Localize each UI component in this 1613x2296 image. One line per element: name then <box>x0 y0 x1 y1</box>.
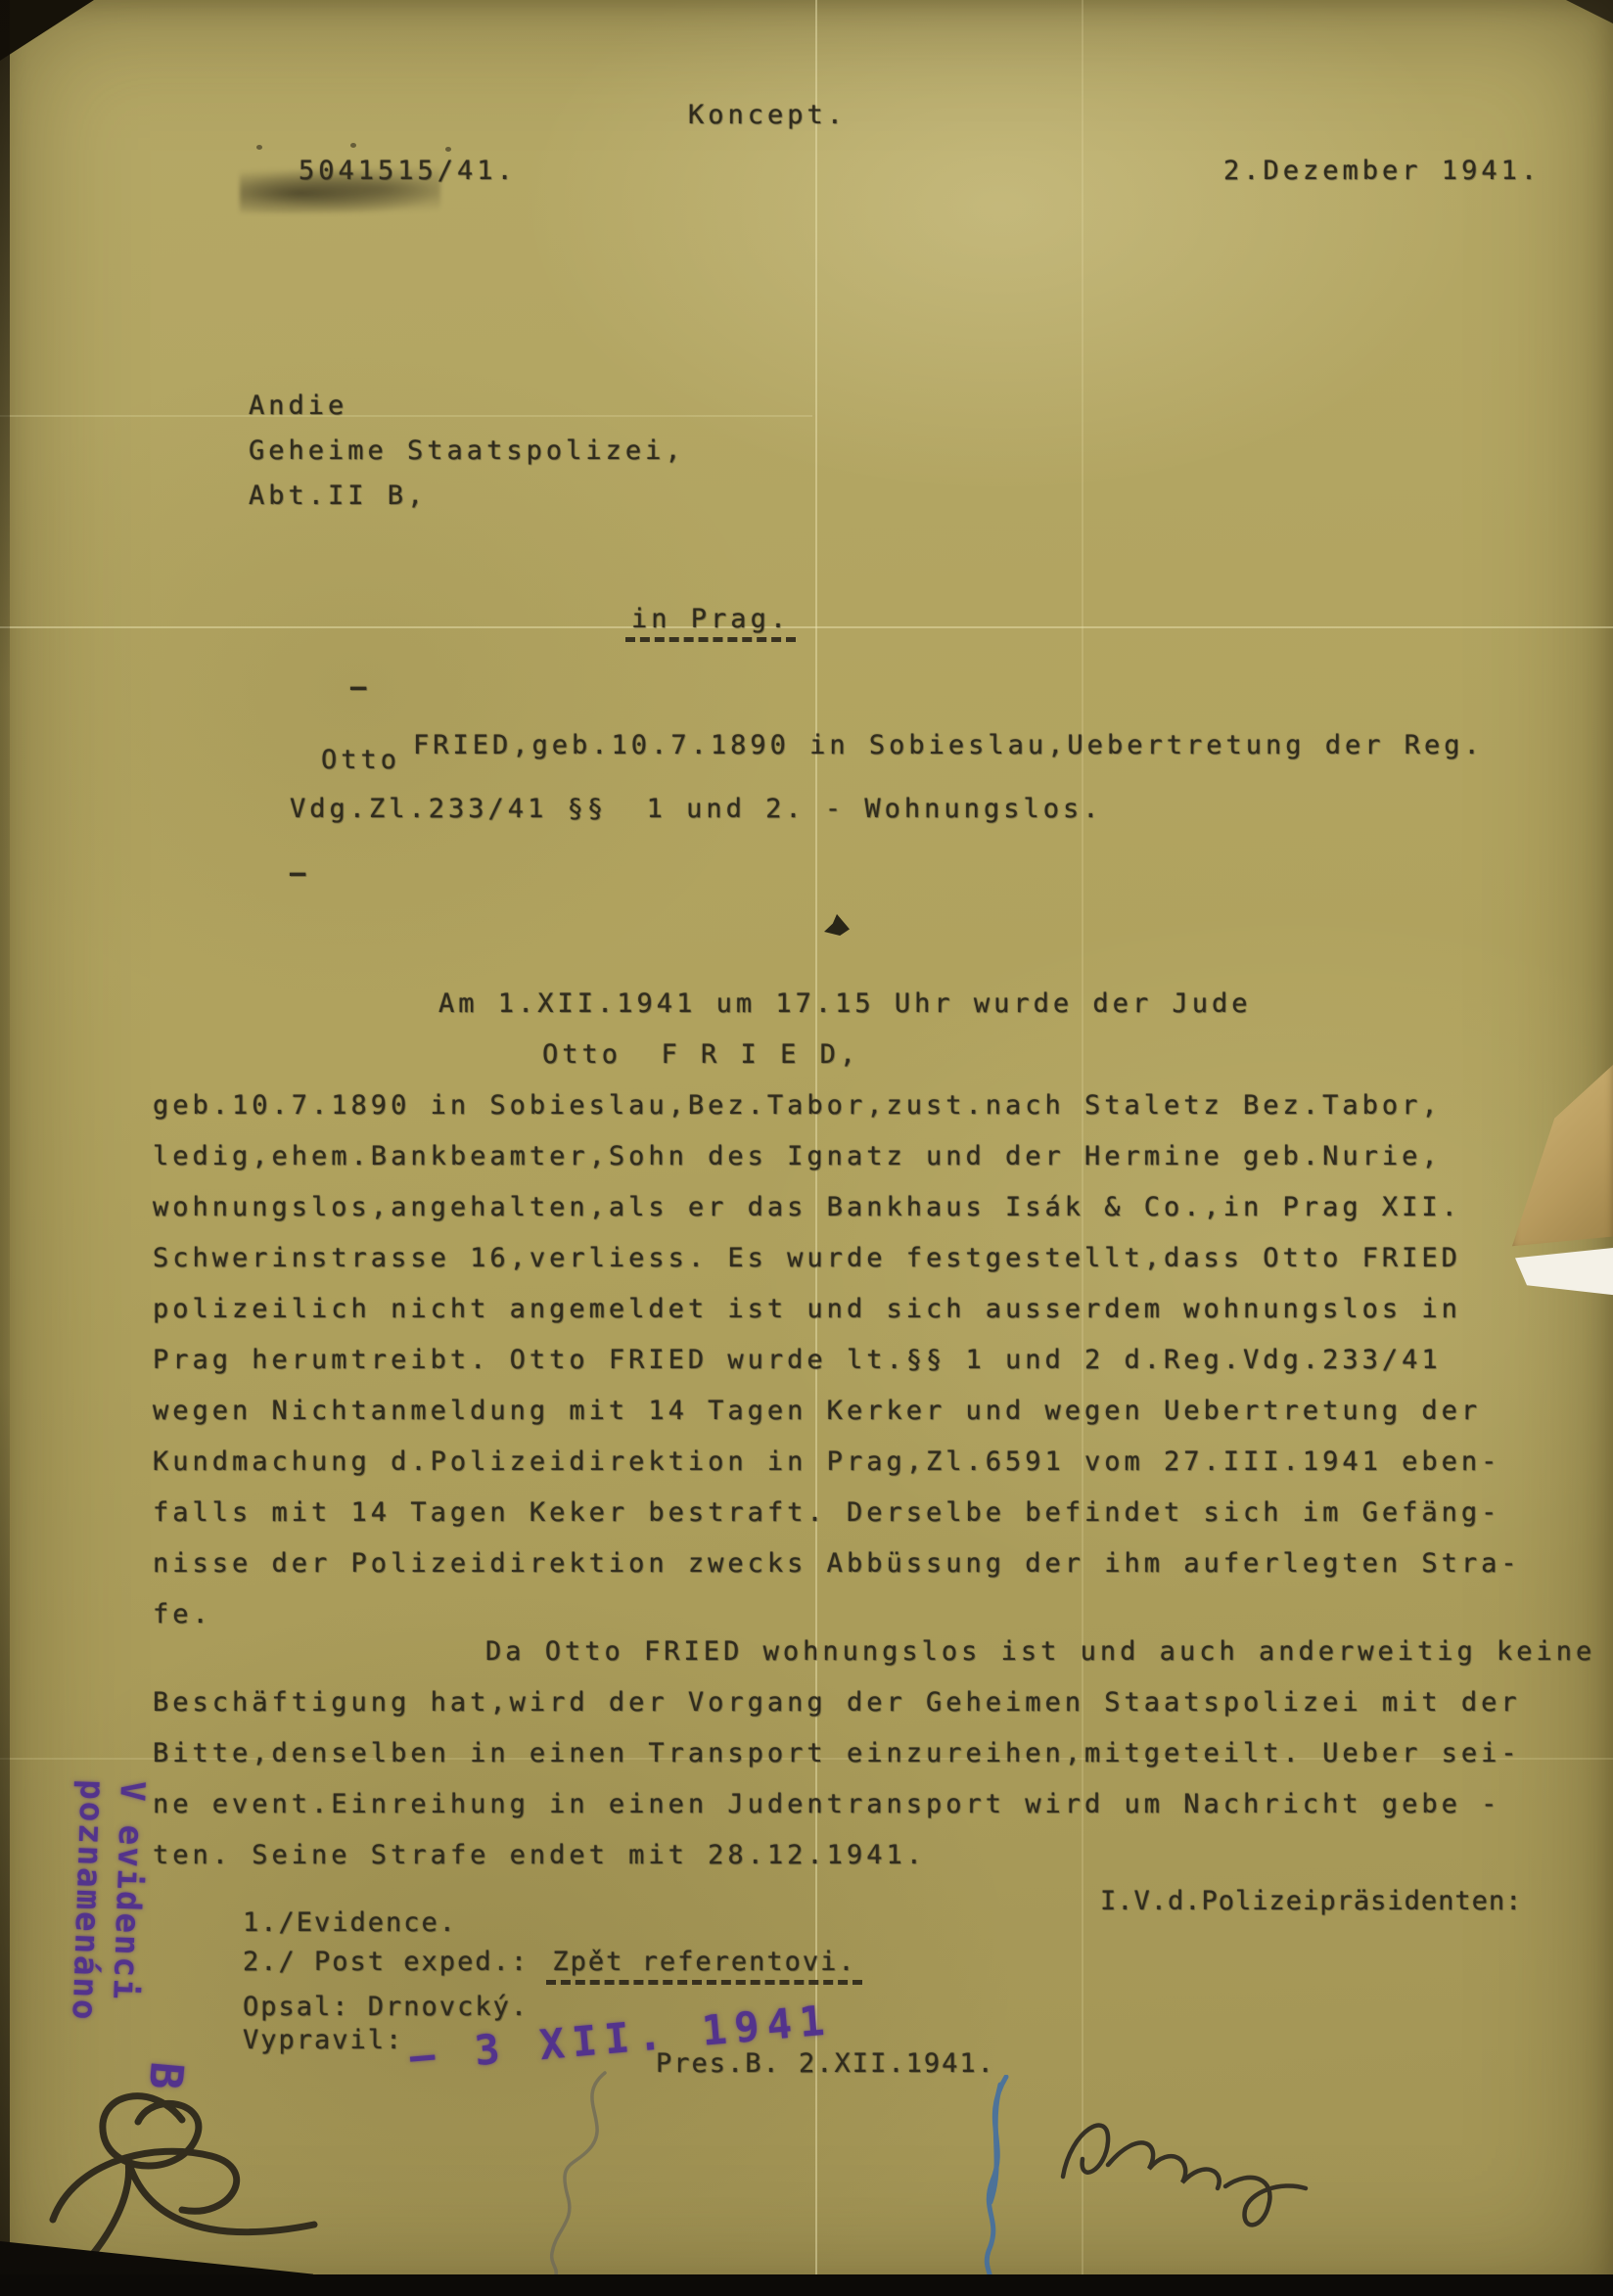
typed-line: Da Otto FRIED wohnungslos ist und auch a… <box>153 1627 1601 1677</box>
file-number: 5041515/41. <box>299 155 517 188</box>
document-page: Koncept. 5041515/41. 2.Dezember 1941. An… <box>0 0 1613 2296</box>
signoff-line: I.V.d.Polizeipräsidenten: <box>1100 1885 1522 1918</box>
typed-line: Otto F R I E D, <box>153 1030 1601 1080</box>
subject-first-word: Otto <box>321 744 400 777</box>
typed-line: Beschäftigung hat,wird der Vorgang der G… <box>153 1677 1601 1728</box>
typed-line: Abt.II B, <box>249 474 685 519</box>
footer-evidence-line: 1./Evidence. <box>243 1906 457 1940</box>
subject-line-2: Vdg.Zl.233/41 §§ 1 und 2. - Wohnungslos. <box>290 793 1102 826</box>
typed-line: Schwerinstrasse 16,verliess. Es wurde fe… <box>153 1233 1601 1284</box>
typed-line: ten. Seine Strafe endet mit 28.12.1941. <box>153 1830 1601 1881</box>
typed-line: geb.10.7.1890 in Sobieslau,Bez.Tabor,zus… <box>153 1080 1601 1131</box>
typed-line: ledig,ehem.Bankbeamter,Sohn des Ignatz u… <box>153 1131 1601 1182</box>
footer-post-underlined: Zpět referentovi. <box>546 1947 861 1985</box>
paper-left-edge <box>0 0 10 2296</box>
place-underlined-text: in Prag. <box>625 604 796 642</box>
typed-line: wegen Nichtanmeldung mit 14 Tagen Kerker… <box>153 1386 1601 1437</box>
recipient-address: AndieGeheime Staatspolizei,Abt.II B, <box>249 384 685 519</box>
footer-post-prefix: 2./ Post exped.: <box>243 1947 546 1977</box>
typed-line: polizeilich nicht angemeldet ist und sic… <box>153 1284 1601 1335</box>
body-paragraph-1: Am 1.XII.1941 um 17.15 Uhr wurde der Jud… <box>153 979 1601 1640</box>
typed-line: Geheime Staatspolizei, <box>249 429 685 474</box>
ink-dot <box>445 147 451 152</box>
place-line: in Prag. <box>546 570 796 669</box>
footer-post-line: 2./ Post exped.: Zpět referentovi. <box>243 1946 862 1979</box>
body-paragraph-2: Da Otto FRIED wohnungslos ist und auch a… <box>153 1627 1601 1881</box>
horizontal-fold-line <box>0 626 1613 628</box>
paper-bottom-edge <box>0 2274 1613 2296</box>
separator-dash: — <box>290 857 309 891</box>
ink-dot <box>256 145 262 150</box>
typed-line: falls mit 14 Tagen Keker bestraft. Derse… <box>153 1488 1601 1538</box>
typed-line: Bitte,denselben in einen Transport einzu… <box>153 1728 1601 1779</box>
pencil-mark <box>529 2067 636 2277</box>
typed-line: Andie <box>249 384 685 429</box>
typed-line: Kundmachung d.Polizeidirektion in Prag,Z… <box>153 1437 1601 1488</box>
typed-line: Prag herumtreibt. Otto FRIED wurde lt.§§… <box>153 1335 1601 1386</box>
typed-line: Am 1.XII.1941 um 17.15 Uhr wurde der Jud… <box>153 979 1601 1030</box>
footer-vypravil-label: Vypravil: <box>243 2024 403 2057</box>
separator-dash: — <box>350 671 370 705</box>
subject-line-1: FRIED,geb.10.7.1890 in Sobieslau,Uebertr… <box>413 729 1484 762</box>
ink-dot <box>350 143 356 148</box>
document-date: 2.Dezember 1941. <box>1223 155 1541 188</box>
typed-line: wohnungslos,angehalten,als er das Bankha… <box>153 1182 1601 1233</box>
typed-line: nisse der Polizeidirektion zwecks Abbüss… <box>153 1538 1601 1589</box>
typed-line: ne event.Einreihung in einen Judentransp… <box>153 1779 1601 1830</box>
footer-opsal-line: Opsal: Drnovcký. <box>243 1991 529 2024</box>
black-ink-signature <box>1049 2087 1355 2233</box>
blue-ink-flourish <box>951 2075 1039 2288</box>
koncept-label: Koncept. <box>688 99 847 132</box>
